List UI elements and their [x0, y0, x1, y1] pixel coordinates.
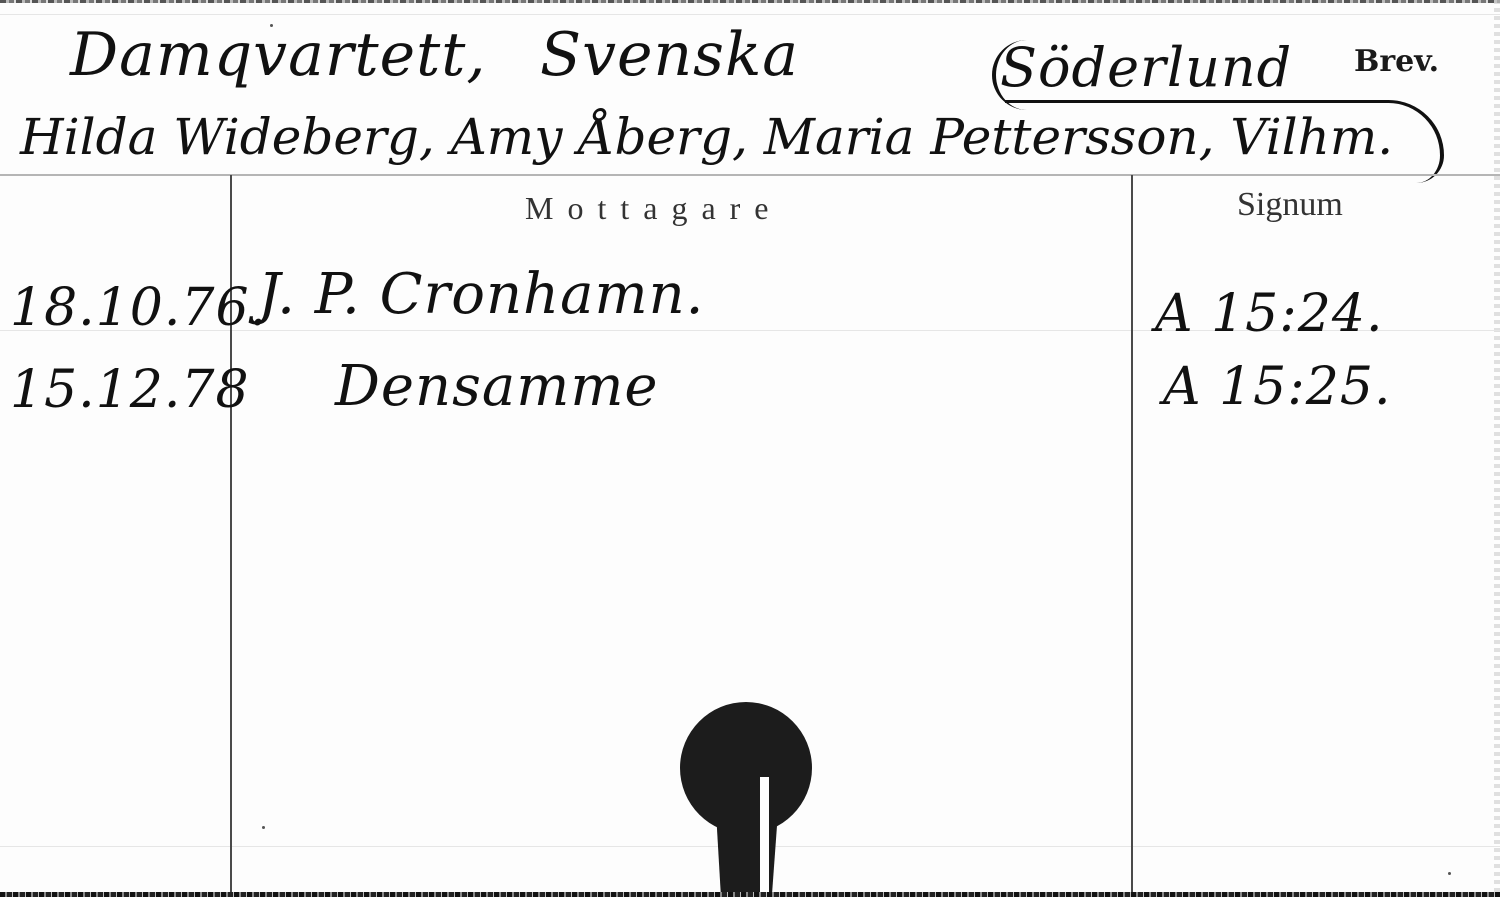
recipient-column-header: Mottagare [525, 190, 783, 227]
entry-recipient: Densamme [335, 354, 659, 419]
title-handwritten-part2: Svenska [540, 20, 799, 90]
member-names: Hilda Wideberg, Amy Åberg, Maria Petters… [20, 108, 1393, 166]
entry-signum: A 15:25. [1163, 357, 1391, 417]
bracket-name: Söderlund [1000, 36, 1292, 99]
punch-hole-icon [680, 702, 812, 897]
speck [1448, 872, 1451, 875]
card-bottom-edge [0, 892, 1500, 897]
catalog-card: Damqvartett, Svenska Söderlund Brev. Hil… [0, 0, 1500, 897]
signum-column-divider [1131, 175, 1133, 893]
entry-date: 18.10.76. [10, 278, 267, 338]
speck [262, 826, 265, 829]
card-top-edge [0, 0, 1500, 3]
card-right-edge [1494, 0, 1500, 897]
speck [270, 24, 273, 27]
header-rule [0, 174, 1500, 176]
scan-line [0, 14, 1500, 15]
punch-hole-slit [760, 777, 769, 897]
entry-recipient: J. P. Cronhamn. [258, 262, 704, 327]
entry-date: 15.12.78 [10, 360, 250, 420]
signum-column-header: Signum [1237, 186, 1343, 224]
title-handwritten-part1: Damqvartett, [70, 20, 486, 90]
entry-signum: A 15:24. [1155, 284, 1383, 344]
card-type-label: Brev. [1354, 44, 1439, 79]
